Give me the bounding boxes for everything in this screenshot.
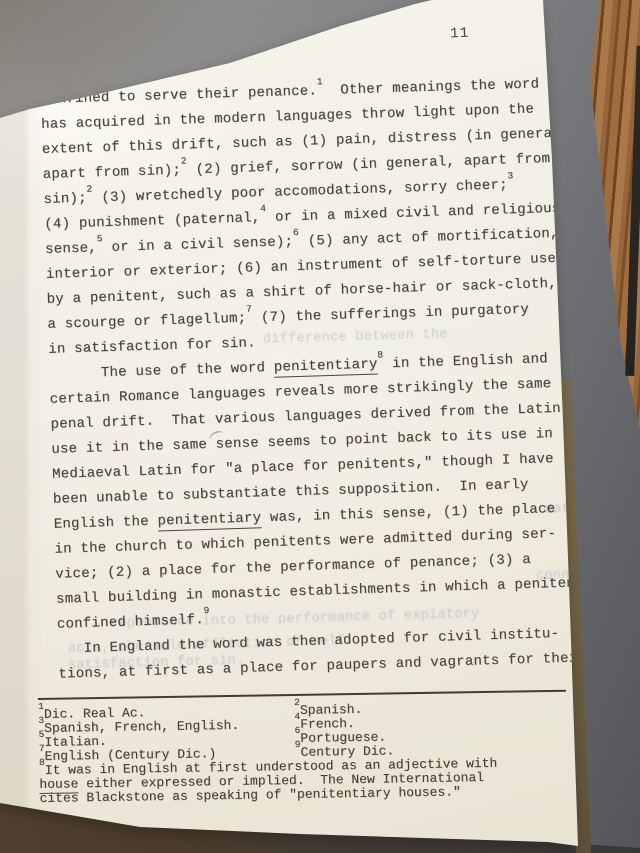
footnote-marker: 5 bbox=[97, 233, 103, 244]
page-wrap: 11 difference between thematterconnota-r… bbox=[0, 0, 640, 853]
footnote-marker: 5 bbox=[38, 729, 44, 740]
dust-speck bbox=[24, 88, 27, 91]
typed-body: confined to serve their penance.1 Other … bbox=[40, 71, 604, 688]
footnote-section: 1Dic. Real Ac.2Spanish.3Spanish, French,… bbox=[38, 689, 585, 806]
footnote-marker: 6 bbox=[293, 227, 299, 238]
underlined-word: penitentiary bbox=[157, 510, 261, 531]
footnote-8: 8It was in English at first understood a… bbox=[39, 755, 585, 806]
underlined-word: penitentiary bbox=[274, 357, 378, 378]
footnote-marker: 7 bbox=[39, 743, 45, 754]
footnote-rows: 1Dic. Real Ac.2Spanish.3Spanish, French,… bbox=[38, 699, 584, 764]
footnote-marker: 8 bbox=[39, 757, 45, 768]
footnote-marker: 8 bbox=[377, 350, 383, 361]
footnote-marker: 2 bbox=[181, 156, 187, 167]
footnote-marker: 2 bbox=[86, 184, 92, 195]
footnote-marker: 1 bbox=[317, 76, 323, 87]
footnote-marker: 9 bbox=[295, 739, 301, 750]
photo-scene: 11 difference between thematterconnota-r… bbox=[0, 0, 640, 853]
footnote-marker: 4 bbox=[260, 203, 266, 214]
footnote-marker: 2 bbox=[294, 697, 300, 708]
footnote-marker: 3 bbox=[38, 715, 44, 726]
footnote-marker: 3 bbox=[507, 171, 513, 182]
footnote-rule bbox=[38, 690, 566, 700]
page-number: 11 bbox=[450, 26, 470, 43]
footnote-marker: 9 bbox=[203, 605, 209, 616]
footnote-marker: 4 bbox=[294, 711, 300, 722]
footnote-marker: 1 bbox=[38, 701, 44, 712]
manuscript-page: 11 difference between thematterconnota-r… bbox=[0, 0, 640, 853]
footnote-marker: 6 bbox=[294, 725, 300, 736]
footnote-marker: 7 bbox=[246, 304, 252, 315]
